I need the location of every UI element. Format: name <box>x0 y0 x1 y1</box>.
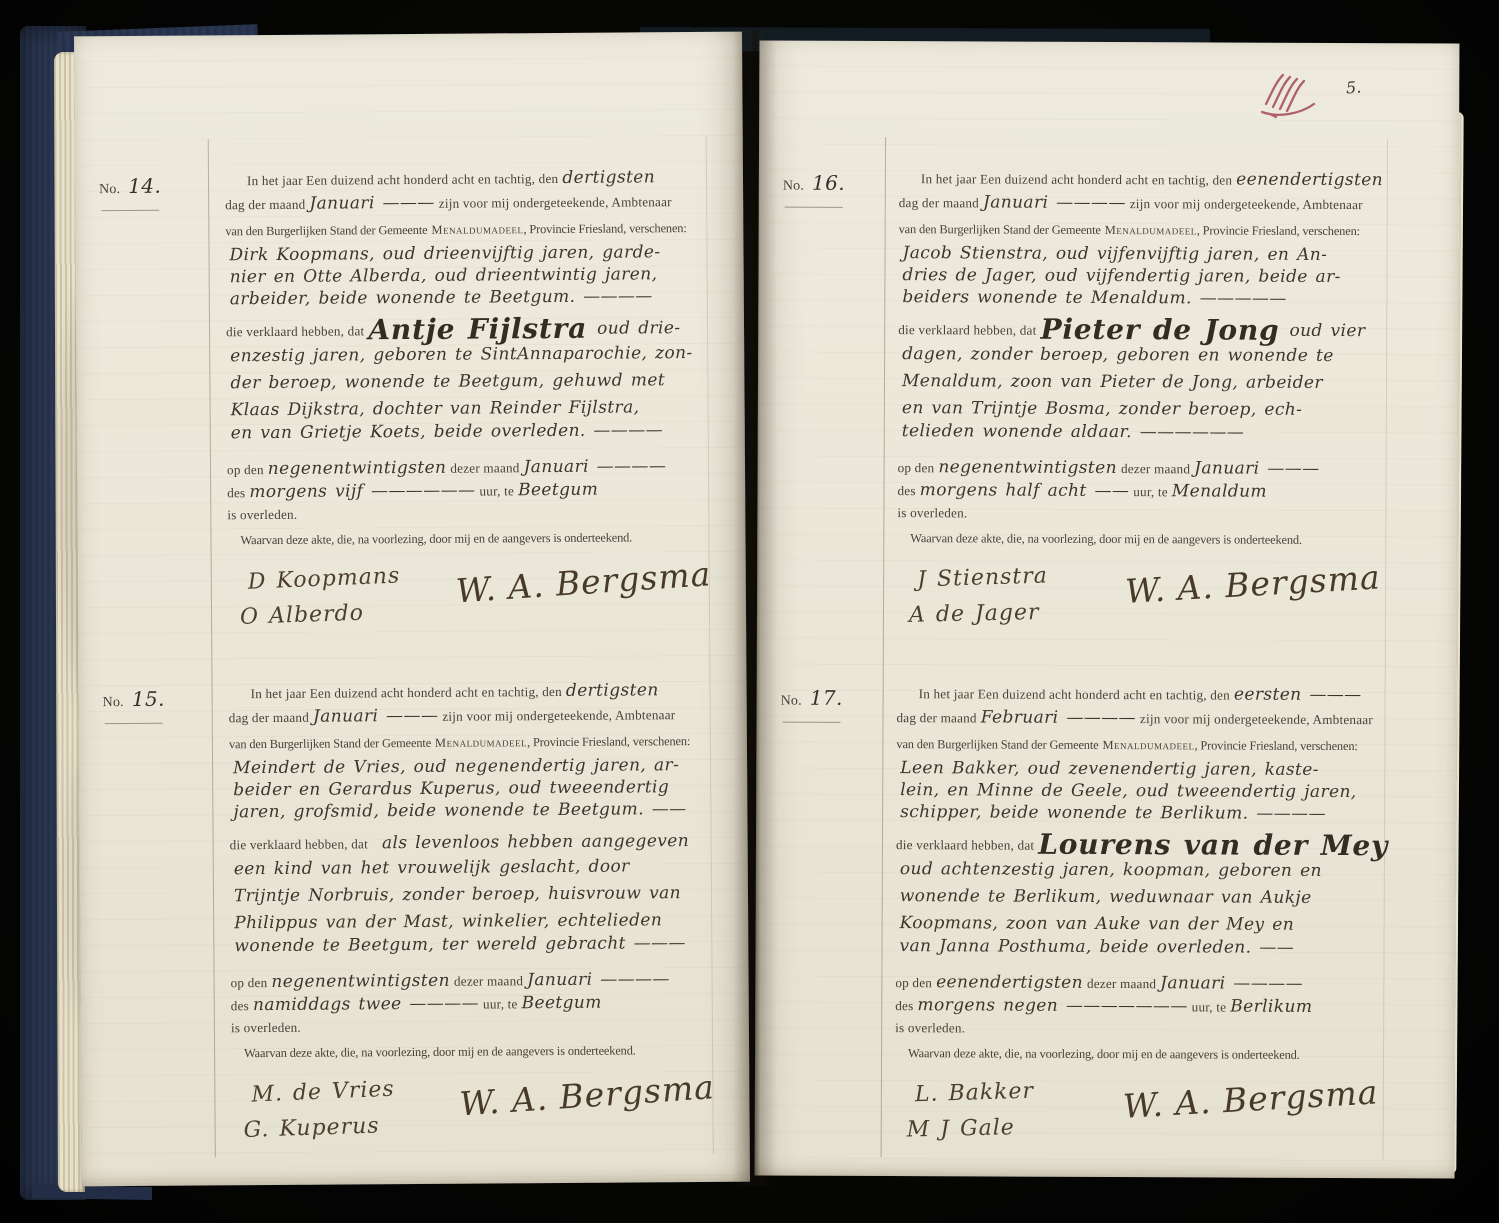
printed-date-mid: dezer maand <box>1087 976 1156 991</box>
printed-closing: Waarvan deze akte, die, na voorlezing, d… <box>244 1043 636 1060</box>
printed-month-label: dag der maand <box>229 710 309 726</box>
deceased-name-line: die verklaard hebben, datAntje Fijlstrao… <box>226 313 712 347</box>
printed-date-prefix: op den <box>898 460 935 475</box>
death-date-line: op dennegenentwintigstendezer maandJanua… <box>227 457 713 483</box>
deceased-statement-line: is overleden. <box>895 1019 1381 1046</box>
hw-registration-month: Januari ——— <box>313 706 438 727</box>
printed-time-prefix: des <box>231 998 249 1013</box>
declarants-line: schipper, beide wonende te Berlikum. ———… <box>896 803 1382 831</box>
registrar-signature: W. A. Bergsma <box>455 554 713 610</box>
no-label: No. <box>99 182 120 197</box>
opening-line: In het jaar Een duizend acht honderd ach… <box>225 168 711 195</box>
printed-gemeente-name: Menaldumadeel <box>431 222 523 237</box>
hw-registration-month: Februari ———— <box>981 707 1136 728</box>
hw-death-place: Beetgum <box>521 993 601 1014</box>
hw-death-day: eenendertigsten <box>936 972 1083 993</box>
hw-declarants: dries de Jager, oud vijfendertig jaren, … <box>902 265 1340 287</box>
printed-declared-label: die verklaard hebben, dat <box>230 836 368 852</box>
deceased-details-line: van Janna Posthuma, beide overleden. —— <box>895 937 1381 975</box>
hw-deceased-name-suffix: oud vier <box>1289 321 1365 341</box>
hw-details: enzestig jaren, geboren te SintAnnaparoc… <box>230 343 693 366</box>
registrar-signature: W. A. Bergsma <box>1124 557 1381 610</box>
no-label: No. <box>783 179 804 194</box>
printed-authority-pre: van den Burgerlijken Stand der Gemeente <box>896 737 1098 752</box>
deceased-details-line: dagen, zonder beroep, geboren en wonende… <box>898 345 1384 374</box>
deceased-statement-line: is overleden. <box>897 504 1383 531</box>
hw-declarants: beider en Gerardus Kuperus, oud tweeende… <box>233 777 669 800</box>
death-time-line: desmorgens vijf ——————uur, teBeetgum <box>227 480 713 506</box>
registrar-signature: W. A. Bergsma <box>458 1067 716 1123</box>
hw-registration-day: eersten ——— <box>1234 685 1362 706</box>
printed-gemeente-name: Menaldumadeel <box>1105 223 1197 237</box>
closing-line: Waarvan deze akte, die, na voorlezing, d… <box>227 528 713 561</box>
month-line: dag der maandJanuari ————zijn voor mij o… <box>899 193 1385 222</box>
hw-deceased-name-suffix: als levenloos hebben aangegeven <box>382 831 689 853</box>
authority-line: van den Burgerlijken Stand der Gemeente … <box>896 735 1382 761</box>
printed-authority-post: , Provincie Friesland, verschenen: <box>527 734 690 749</box>
printed-gemeente-name: Menaldumadeel <box>1102 738 1194 752</box>
printed-deceased-line: is overleden. <box>897 505 967 520</box>
deceased-details-line: wonende te Beetgum, ter wereld gebracht … <box>230 934 716 973</box>
printed-time-mid: uur, te <box>1133 484 1168 499</box>
hw-declarants: Jacob Stienstra, oud vijfenvijftig jaren… <box>903 243 1328 265</box>
act-body: In het jaar Een duizend acht honderd ach… <box>897 169 1385 657</box>
hw-deceased-name: Lourens van der Mey <box>1038 828 1388 863</box>
hw-death-month: Januari ———— <box>523 456 666 477</box>
month-line: dag der maandJanuari ———zijn voor mij on… <box>225 192 711 222</box>
deceased-name-line: die verklaard hebben, datLourens van der… <box>896 829 1382 862</box>
closing-line: Waarvan deze akte, die, na voorlezing, d… <box>231 1041 717 1074</box>
archival-scan-death-register: { "document_type": "Death register Menal… <box>0 0 1499 1223</box>
declarant-signature: M J Gale <box>906 1115 1015 1142</box>
no-label: No. <box>103 695 124 710</box>
printed-opening: In het jaar Een duizend acht honderd ach… <box>251 684 562 701</box>
printed-declared-label: die verklaard hebben, dat <box>898 322 1036 338</box>
hw-registration-day: dertigsten <box>566 680 659 701</box>
act-body: In het jaar Een duizend acht honderd ach… <box>225 168 714 657</box>
book-cover-bottom-corner <box>32 1185 152 1200</box>
hw-details: der beroep, wonende te Beetgum, gehuwd m… <box>230 370 665 393</box>
hw-death-day: negenentwintigsten <box>271 971 450 992</box>
right-page: No. 16. In het jaar Een duizend acht hon… <box>755 40 1460 1178</box>
month-line: dag der maandFebruari ————zijn voor mij … <box>896 708 1382 737</box>
act-number: 16. <box>812 171 845 195</box>
hw-death-day: negenentwintigsten <box>268 458 447 479</box>
hw-declarants: lein, en Minne de Geele, oud tweeenderti… <box>900 780 1357 802</box>
hw-death-time: namiddags twee ———— <box>253 994 479 1016</box>
hw-details: een kind van het vrouwelijk geslacht, do… <box>234 856 630 879</box>
act-number-block: No. 17. <box>781 686 885 723</box>
printed-month-rest: zijn voor mij ondergeteekende, Ambtenaar <box>1140 711 1373 727</box>
hw-registration-month: Januari ———— <box>983 192 1126 213</box>
act-number: 14. <box>128 174 161 198</box>
authority-line: van den Burgerlijken Stand der Gemeente … <box>899 220 1385 246</box>
death-date-line: op dennegenentwintigstendezer maandJanua… <box>231 970 717 996</box>
declarants-line: beiders wonende te Menaldum. ————— <box>898 288 1384 316</box>
printed-authority-pre: van den Burgerlijken Stand der Gemeente <box>229 736 431 751</box>
hw-death-place: Berlikum <box>1230 997 1312 1017</box>
deceased-details-line: telieden wonende aldaar. —————— <box>898 422 1384 460</box>
declarant-signature: M. de Vries <box>251 1077 395 1108</box>
hw-details: Trijntje Norbruis, zonder beroep, huisvr… <box>234 883 681 906</box>
printed-month-rest: zijn voor mij ondergeteekende, Ambtenaar <box>442 707 675 724</box>
printed-date-prefix: op den <box>895 975 932 990</box>
hw-death-month: Januari ———— <box>1160 973 1303 994</box>
declarant-signature: G. Kuperus <box>243 1113 380 1142</box>
printed-month-rest: zijn voor mij ondergeteekende, Ambtenaar <box>439 194 672 211</box>
hw-details: oud achtenzestig jaren, koopman, geboren… <box>900 859 1322 881</box>
act-body: In het jaar Een duizend acht honderd ach… <box>895 684 1383 1172</box>
printed-declared-label: die verklaard hebben, dat <box>226 323 364 339</box>
printed-deceased-line: is overleden. <box>895 1020 965 1035</box>
hw-details: en van Grietje Koets, beide overleden. —… <box>231 420 663 443</box>
printed-time-prefix: des <box>895 998 913 1013</box>
no-label: No. <box>781 694 802 709</box>
hw-deceased-name: Antje Fijlstra <box>368 312 587 347</box>
hw-death-time: morgens negen ——————— <box>917 995 1187 1016</box>
printed-opening: In het jaar Een duizend acht honderd ach… <box>921 171 1232 187</box>
month-line: dag der maandJanuari ———zijn voor mij on… <box>229 705 715 735</box>
hw-declarants: schipper, beide wonende te Berlikum. ———… <box>900 802 1326 824</box>
hw-declarants: Dirk Koopmans, oud drieenvijftig jaren, … <box>229 242 660 265</box>
act-number-block: No. 14. <box>99 173 203 211</box>
printed-month-label: dag der maand <box>225 197 305 213</box>
hw-registration-day: eenendertigsten <box>1236 170 1383 191</box>
printed-deceased-line: is overleden. <box>227 507 297 522</box>
deceased-statement-line: is overleden. <box>227 503 713 531</box>
printed-date-mid: dezer maand <box>454 973 523 988</box>
registrar-signature: W. A. Bergsma <box>1122 1072 1379 1125</box>
printed-authority-post: , Provincie Friesland, verschenen: <box>523 221 686 236</box>
hw-declarants: Leen Bakker, oud zevenendertig jaren, ka… <box>900 758 1319 780</box>
printed-closing: Waarvan deze akte, die, na voorlezing, d… <box>908 1046 1300 1062</box>
hw-registration-month: Januari ——— <box>309 193 434 214</box>
printed-closing: Waarvan deze akte, die, na voorlezing, d… <box>240 530 632 547</box>
hw-details: Koopmans, zoon van Auke van der Mey en <box>900 913 1295 935</box>
hw-declarants: arbeider, beide wonende te Beetgum. ———— <box>230 286 653 309</box>
printed-authority-post: , Provincie Friesland, verschenen: <box>1197 223 1360 238</box>
hw-deceased-name: Pieter de Jong <box>1040 313 1279 347</box>
closing-line: Waarvan deze akte, die, na voorlezing, d… <box>895 1044 1381 1076</box>
printed-time-prefix: des <box>227 485 245 500</box>
hw-details: Menaldum, zoon van Pieter de Jong, arbei… <box>902 371 1323 393</box>
printed-declared-label: die verklaard hebben, dat <box>896 837 1034 853</box>
deceased-details-line: wonende te Berlikum, weduwnaar van Aukje <box>896 887 1382 916</box>
hw-details: telieden wonende aldaar. —————— <box>902 421 1244 442</box>
printed-date-prefix: op den <box>231 975 268 990</box>
hw-death-month: Januari ———— <box>527 969 670 990</box>
signature-block: J Stienstra A de Jager W. A. Bergsma <box>897 563 1383 657</box>
printed-gemeente-name: Menaldumadeel <box>435 735 527 750</box>
printed-time-mid: uur, te <box>1192 999 1227 1014</box>
hw-details: Philippus van der Mast, winkelier, echte… <box>234 910 662 933</box>
hw-declarants: nier en Otte Alberda, oud drieentwintig … <box>230 264 658 287</box>
deceased-details-line: oud achtenzestig jaren, koopman, geboren… <box>896 860 1382 889</box>
signature-block: D Koopmans O Alberdo W. A. Bergsma <box>228 562 715 657</box>
death-time-line: desmorgens negen ———————uur, teBerlikum <box>895 996 1381 1021</box>
printed-opening: In het jaar Een duizend acht honderd ach… <box>919 686 1230 702</box>
printed-date-prefix: op den <box>227 462 264 477</box>
hw-death-day: negenentwintigsten <box>938 457 1117 478</box>
opening-line: In het jaar Een duizend acht honderd ach… <box>897 684 1383 710</box>
printed-time-mid: uur, te <box>479 483 514 498</box>
declarant-signature: L. Bakker <box>915 1079 1035 1108</box>
act-number: 17. <box>810 686 843 710</box>
deceased-name-line: die verklaard hebben, datals levenloos h… <box>230 826 716 860</box>
deceased-statement-line: is overleden. <box>231 1016 717 1044</box>
printed-month-label: dag der maand <box>896 710 976 725</box>
hw-details: dagen, zonder beroep, geboren en wonende… <box>902 344 1334 366</box>
printed-month-label: dag der maand <box>899 195 979 210</box>
hw-details: van Janna Posthuma, beide overleden. —— <box>899 936 1294 958</box>
folio-number: 5. <box>1345 77 1362 97</box>
printed-authority-post: , Provincie Friesland, verschenen: <box>1194 738 1357 753</box>
hw-declarants: Meindert de Vries, oud negenendertig jar… <box>233 755 679 778</box>
declarant-signature: A de Jager <box>909 600 1040 628</box>
red-paraph-icon <box>1256 68 1348 120</box>
declarants-line: jaren, grofsmid, beide wonende te Beetgu… <box>229 800 715 829</box>
printed-date-mid: dezer maand <box>450 460 519 475</box>
printed-month-rest: zijn voor mij ondergeteekende, Ambtenaar <box>1130 196 1363 212</box>
hw-details: wonende te Berlikum, weduwnaar van Aukje <box>900 886 1312 908</box>
hw-death-place: Menaldum <box>1172 481 1267 501</box>
printed-deceased-line: is overleden. <box>231 1020 301 1035</box>
hw-deceased-name-suffix: oud drie- <box>597 318 680 339</box>
hw-death-time: morgens vijf —————— <box>249 481 475 503</box>
printed-time-prefix: des <box>897 483 915 498</box>
death-time-line: desnamiddags twee ————uur, teBeetgum <box>231 993 717 1019</box>
hw-details: wonende te Beetgum, ter wereld gebracht … <box>234 933 686 956</box>
deceased-name-line: die verklaard hebben, datPieter de Jongo… <box>898 314 1384 347</box>
deceased-details-line: Menaldum, zoon van Pieter de Jong, arbei… <box>898 372 1384 401</box>
deceased-details-line: en van Grietje Koets, beide overleden. —… <box>227 421 713 460</box>
act-body: In het jaar Een duizend acht honderd ach… <box>229 681 718 1170</box>
act-number-block: No. 16. <box>783 171 887 208</box>
death-time-line: desmorgens half acht ——uur, teMenaldum <box>897 481 1383 506</box>
declarant-signature: D Koopmans <box>247 563 400 594</box>
hw-registration-day: dertigsten <box>562 167 655 188</box>
declarant-signature: O Alberdo <box>240 601 365 630</box>
closing-line: Waarvan deze akte, die, na voorlezing, d… <box>897 529 1383 561</box>
printed-opening: In het jaar Een duizend acht honderd ach… <box>247 171 558 188</box>
opening-line: In het jaar Een duizend acht honderd ach… <box>899 169 1385 195</box>
hw-death-place: Beetgum <box>518 480 598 501</box>
printed-authority-pre: van den Burgerlijken Stand der Gemeente <box>899 222 1101 237</box>
deceased-details-line: der beroep, wonende te Beetgum, gehuwd m… <box>226 371 712 401</box>
act-number-block: No. 15. <box>103 686 207 724</box>
hw-declarants: jaren, grofsmid, beide wonende te Beetgu… <box>233 799 686 822</box>
printed-date-mid: dezer maand <box>1121 461 1190 476</box>
hw-details: Klaas Dijkstra, dochter van Reinder Fijl… <box>231 397 640 420</box>
printed-authority-pre: van den Burgerlijken Stand der Gemeente <box>225 223 427 238</box>
signature-block: M. de Vries G. Kuperus W. A. Bergsma <box>231 1075 718 1170</box>
signature-block: L. Bakker M J Gale W. A. Bergsma <box>895 1078 1381 1172</box>
act-number: 15. <box>132 687 165 711</box>
hw-death-month: Januari ——— <box>1194 458 1319 479</box>
opening-line: In het jaar Een duizend acht honderd ach… <box>229 681 715 708</box>
hw-declarants: beiders wonende te Menaldum. ————— <box>902 287 1286 309</box>
printed-time-mid: uur, te <box>483 996 518 1011</box>
printed-closing: Waarvan deze akte, die, na voorlezing, d… <box>910 531 1302 547</box>
hw-details: en van Trijntje Bosma, zonder beroep, ec… <box>902 398 1303 420</box>
hw-death-time: morgens half acht —— <box>920 480 1130 501</box>
declarant-signature: J Stienstra <box>917 563 1048 592</box>
left-page: No. 14. In het jaar Een duizend acht hon… <box>74 32 750 1187</box>
